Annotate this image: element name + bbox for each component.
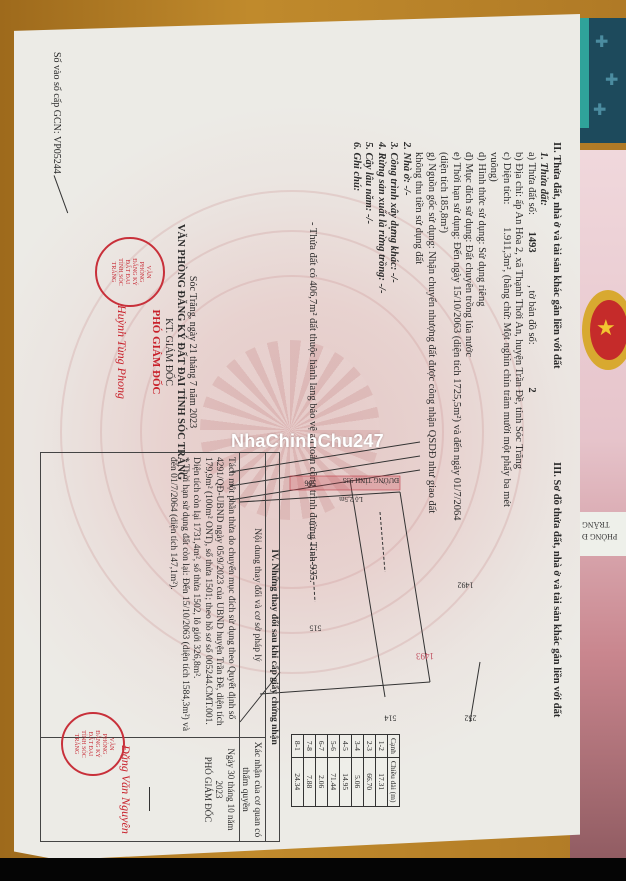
section3-title: III. Sơ đồ thửa đất, nhà ở và tài sản kh… [551, 462, 562, 762]
bottom-bar [0, 858, 626, 881]
cross-pattern-icon: ✚ [605, 70, 618, 89]
table-row: 2-366.70 [364, 735, 376, 807]
table-row: 6-72.06 [316, 735, 328, 807]
registry-number: Số vào sổ cấp GCN: VP05244 [51, 52, 62, 174]
map-road-label: ĐƯỜNG TỈNH 935 [343, 476, 399, 484]
national-emblem-icon: ★ [582, 290, 626, 370]
official-seal-2: VĂN PHÒNG ĐĂNG KÝ ĐẤT ĐAI TỈNH SÓC TRĂNG [61, 712, 125, 776]
table-row: 3-45.06 [352, 735, 364, 807]
table-row: 7-87.88 [304, 735, 316, 807]
parcel-number: 1493 [526, 232, 537, 253]
table-row: 1-217.31 [376, 735, 388, 807]
map-parcel-514: 514 [385, 714, 397, 723]
map-lane-label: Lộ 2,5m [339, 495, 363, 503]
cross-pattern-icon: ✚ [595, 32, 608, 51]
blue-box: ✚ ✚ ✚ [575, 18, 626, 143]
map-parcel-252: 252 [465, 714, 477, 723]
map-parcel-515: 515 [310, 624, 322, 633]
edge-length-table: Cạnh Chiều dài (m) 1-217.312-366.703-45.… [291, 734, 400, 807]
watermark-text: NhaChinhChu247 [231, 431, 384, 452]
official-seal: VĂN PHÒNG ĐĂNG KÝ ĐẤT ĐAI TỈNH SÓC TRĂNG [95, 237, 165, 307]
background-card: TRĂNG PHÒNG Đ [580, 512, 626, 556]
map-parcel-1493: 1493 [416, 651, 434, 661]
confirm-date: Ngày 30 tháng 10 năm 2023 [213, 742, 236, 837]
table-row: 5-671.44 [328, 735, 340, 807]
cross-pattern-icon: ✚ [593, 100, 606, 119]
term-note: * Thời hạn sử dụng đất còn lại: Đến 15/1… [167, 457, 190, 733]
map-parcel-1492: 1492 [458, 581, 474, 590]
table-row: 8-124.34 [292, 735, 304, 807]
section-changes-table: IV. Những thay đổi sau khi cấp giấy chứn… [40, 452, 280, 842]
signature-mark [54, 171, 81, 213]
change-content: Tách một phần thửa do chuyển mục đích sử… [190, 457, 236, 733]
star-icon: ★ [596, 316, 616, 341]
map-parcel-506: 506 [305, 479, 317, 488]
table-row: 4-514.95 [340, 735, 352, 807]
map-sheet-number: 2 [526, 387, 537, 392]
